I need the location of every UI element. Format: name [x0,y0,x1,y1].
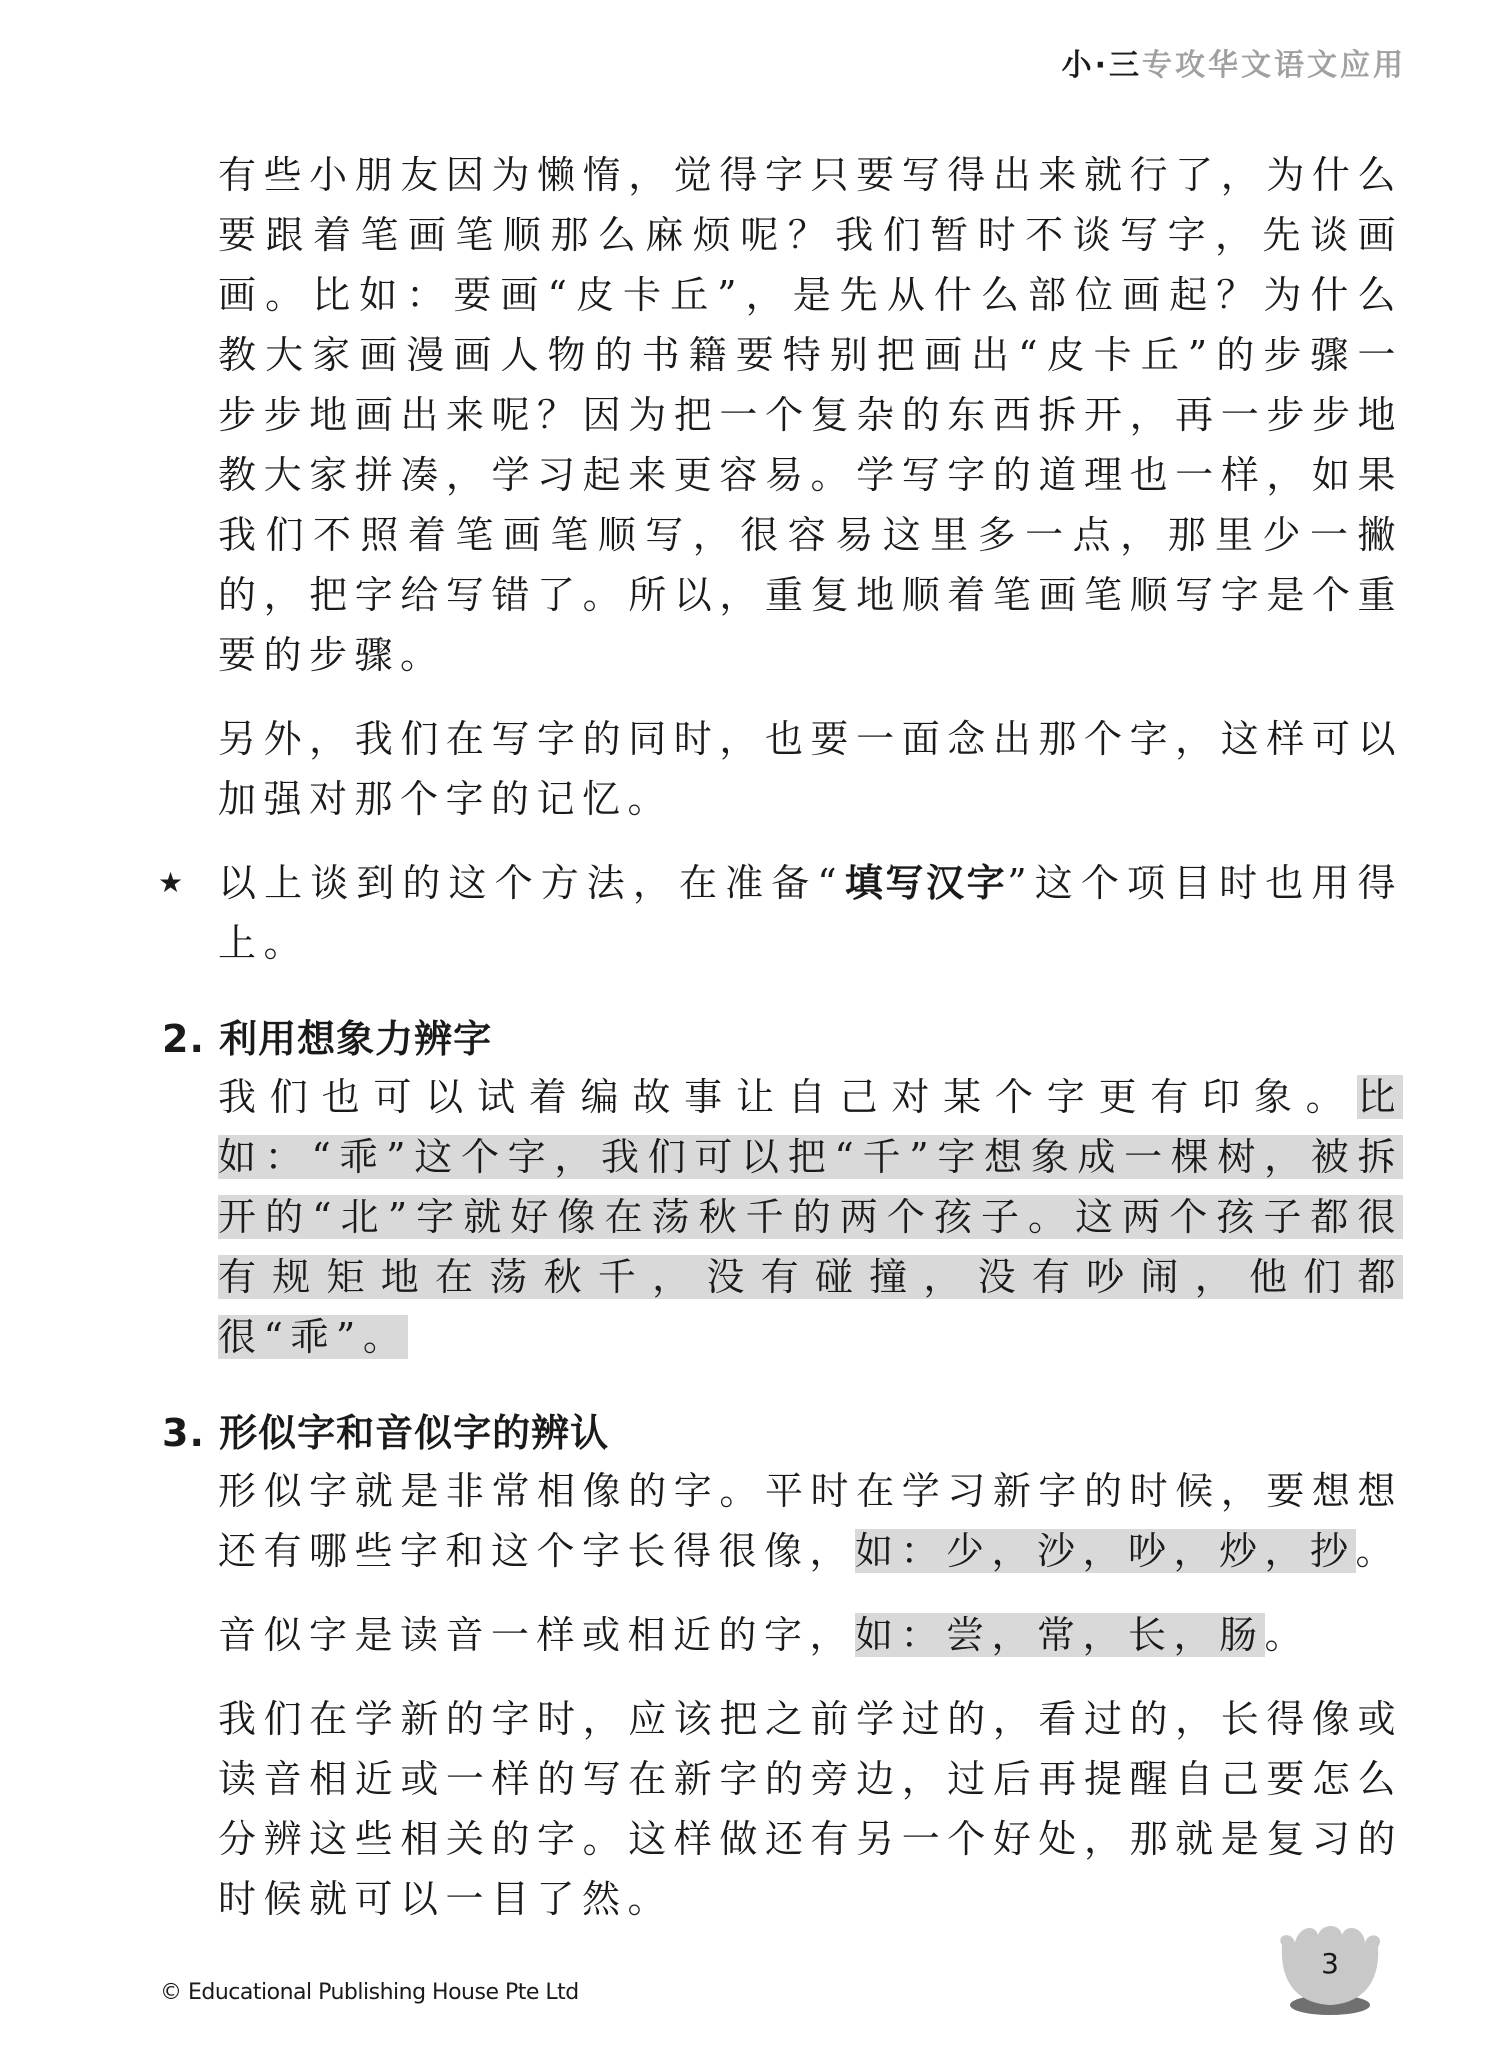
series-title: 专攻华文语文应用 [1142,48,1406,83]
similar-sound-end: 。 [1265,1613,1311,1657]
imagination-intro: 我们也可以试着编故事让自己对某个字更有印象。 [218,1075,1357,1119]
note-bold-term: 填写汉字 [844,861,1007,905]
page-number-badge: 3 [1270,1925,1390,2020]
paragraph-read-aloud: 另外，我们在写字的同时，也要一面念出那个字，这样可以加强对那个字的记忆。 [218,709,1403,829]
paragraph-review-tip: 我们在学新的字时，应该把之前学过的，看过的，长得像或读音相近或一样的写在新字的旁… [218,1689,1403,1929]
paragraph-similar-shape: 形似字就是非常相像的字。平时在学习新字的时候，要想想还有哪些字和这个字长得很像，… [218,1461,1403,1581]
paragraph-similar-sound: 音似字是读音一样或相近的字，如：尝，常，长，肠。 [218,1605,1403,1665]
page-number: 3 [1270,1947,1390,1980]
paragraph-stroke-order: 有些小朋友因为懒惰，觉得字只要写得出来就行了，为什么要跟着笔画笔顺那么麻烦呢？我… [218,145,1403,685]
highlight-similar-sound-examples: 如：尝，常，长，肠 [855,1613,1265,1657]
running-header: 小·三专攻华文语文应用 [1062,40,1406,84]
highlight-similar-shape-examples: 如：少，沙，吵，炒，抄 [855,1529,1356,1573]
note-text: 以上谈到的这个方法，在准备“填写汉字”这个项目时也用得上。 [218,853,1403,973]
series-prefix: 小·三 [1062,48,1142,83]
highlight-example-body: “乖”这个字，我们可以把“千”字想象成一棵树，被拆开的“北”字就好像在荡秋千的两… [218,1135,1403,1359]
similar-sound-text: 音似字是读音一样或相近的字， [218,1613,855,1657]
page-content: 有些小朋友因为懒惰，觉得字只要写得出来就行了，为什么要跟着笔画笔顺那么麻烦呢？我… [218,145,1403,1953]
paragraph-imagination: 我们也可以试着编故事让自己对某个字更有印象。比如：“乖”这个字，我们可以把“千”… [218,1067,1403,1367]
similar-shape-end: 。 [1356,1529,1402,1573]
section-heading-3: 3. 形似字和音似字的辨认 [162,1405,1347,1461]
star-icon: ★ [158,853,183,913]
note: ★ 以上谈到的这个方法，在准备“填写汉字”这个项目时也用得上。 [218,853,1403,973]
section-heading-2: 2. 利用想象力辨字 [162,1011,1347,1067]
copyright: © Educational Publishing House Pte Ltd [160,1980,579,2005]
note-text-before: 以上谈到的这个方法，在准备“ [218,861,844,905]
